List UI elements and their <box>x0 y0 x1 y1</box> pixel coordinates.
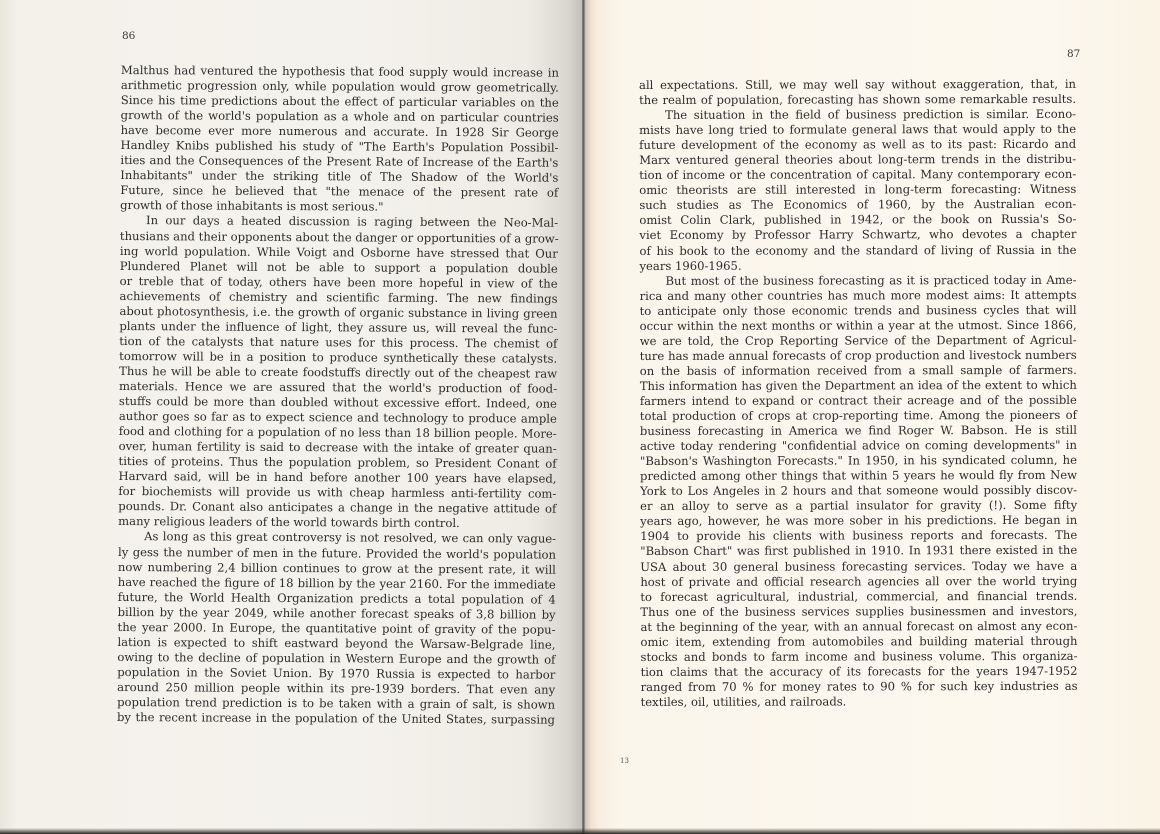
book-spread: 86 87 13 Malthus had ventured the hypoth… <box>0 0 1160 834</box>
text-line: future development of the economy as wel… <box>639 137 1076 153</box>
text-line: 1904 to provide his clients with busines… <box>640 528 1077 544</box>
text-line: mists have long tried to formulate gener… <box>639 122 1076 138</box>
text-line: Marx ventured general theories about lon… <box>639 152 1076 168</box>
text-line: all expectations. Still, we may well say… <box>639 77 1076 93</box>
text-line: stocks and bonds to farm income and busi… <box>640 649 1077 665</box>
text-line: on the basis of information received fro… <box>640 363 1077 379</box>
text-line: omic item, extending from automobiles an… <box>640 634 1077 650</box>
book-bottom-edge <box>0 828 1160 834</box>
text-line: Thus one of the business services suppli… <box>640 603 1077 619</box>
signature-mark: 13 <box>620 757 629 765</box>
text-line: "Babson Chart" was first published in 19… <box>640 543 1077 559</box>
text-line: rica and many other countries has much m… <box>640 288 1077 304</box>
text-line: USA about 30 general business forecastin… <box>640 558 1077 574</box>
text-line: er an alloy to serve as a partial insula… <box>640 498 1077 514</box>
text-line: ranged from 70 % for money rates to 90 %… <box>641 679 1078 695</box>
text-line: omist Colin Clark, published in 1942, or… <box>639 212 1076 228</box>
text-line: to forecast agricultural, industrial, co… <box>640 588 1077 604</box>
text-line: omic theorists are still interested in l… <box>639 182 1076 198</box>
text-line: of his book to the economy and the stand… <box>639 242 1076 258</box>
text-line: such studies as The Economics of 1960, b… <box>639 197 1076 213</box>
text-line: at the beginning of the year, with an an… <box>640 619 1077 635</box>
text-line: ture has made annual forecasts of crop p… <box>640 348 1077 364</box>
text-line: the realm of population, forecasting has… <box>639 92 1076 108</box>
text-line: But most of the business forecasting as … <box>640 272 1077 288</box>
text-line: occur within the next months or within a… <box>640 318 1077 334</box>
page-number-right: 87 <box>1067 48 1080 60</box>
text-line: This information has given the Departmen… <box>640 378 1077 394</box>
text-line: active today rendering "confidential adv… <box>640 438 1077 454</box>
text-line: farmers intend to expand or contract the… <box>640 393 1077 409</box>
text-line: York to Los Angeles in 2 hours and that … <box>640 483 1077 499</box>
text-line: total production of crops at crop-report… <box>640 408 1077 424</box>
book-gutter <box>582 0 585 834</box>
text-line: to anticipate only those economic trends… <box>640 303 1077 319</box>
text-line: host of private and official research ag… <box>640 573 1077 589</box>
text-line: years ago, however, he was more sober in… <box>640 513 1077 529</box>
text-line: tion claims that the accuracy of its for… <box>641 664 1078 680</box>
text-line: tion of income or the concentration of c… <box>639 167 1076 183</box>
text-line: viet Economy by Professor Harry Schwartz… <box>639 227 1076 243</box>
text-line: by the recent increase in the population… <box>117 710 555 728</box>
page-number-left: 86 <box>122 30 135 42</box>
text-line: textiles, oil, utilities, and railroads. <box>641 694 1078 710</box>
right-page-text: all expectations. Still, we may well say… <box>639 77 1078 710</box>
text-line: predicted among other things that within… <box>640 468 1077 484</box>
left-page-text: Malthus had ventured the hypothesis that… <box>117 63 559 728</box>
text-line: The situation in the field of business p… <box>639 107 1076 123</box>
text-line: "Babson's Washington Forecasts." In 1950… <box>640 453 1077 469</box>
text-line: years 1960-1965. <box>639 257 1076 273</box>
text-line: business forecasting in America we find … <box>640 423 1077 439</box>
text-line: we are told, the Crop Reporting Service … <box>640 333 1077 349</box>
